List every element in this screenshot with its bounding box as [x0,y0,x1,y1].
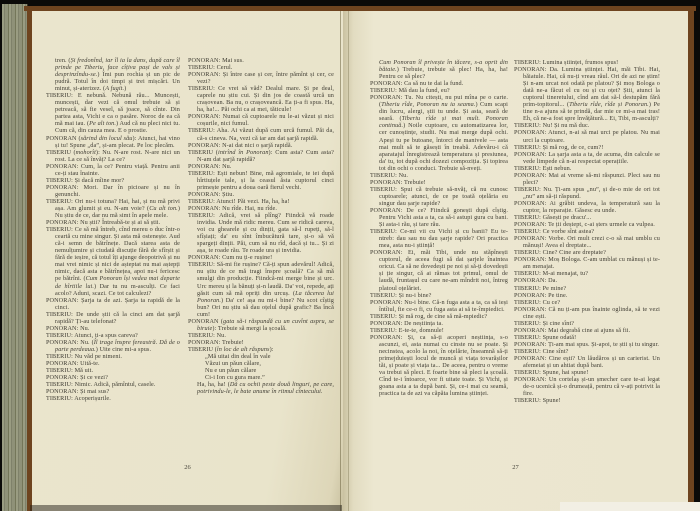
scanner-edge-strip [560,502,700,511]
left-page: tren. (Și fredonînd, iar îl ia la dans, … [32,11,343,511]
dialogue-paragraph: TIBERIU: Atunci, ți-a spus careva? [46,332,180,339]
dialogue-paragraph: TIBERIU: Aha. Ai văzut după cum urcă fum… [188,127,334,141]
dialogue-paragraph: TIBERIU: Pe mine? [514,285,660,292]
dialogue-paragraph: TIBERIU: Să-mi fie rușine? Că-ți spun ad… [188,261,334,317]
dialogue-paragraph: PONORAN: Trebuie! [188,339,334,346]
dialogue-paragraph: PONORAN: Mai sus. [188,57,334,64]
dialogue-paragraph: PONORAN: Nu rîde. Hai, nu rîde. [188,205,334,212]
text-column-27-right: TIBERIU: Lumina științei, frumos spus!PO… [514,59,660,404]
dialogue-paragraph: TIBERIU: Cu ce? [514,299,660,306]
dialogue-paragraph: PONORAN: De ce? Fiindcă gonești după cîș… [370,207,508,228]
dialogue-paragraph: TIBERIU: Ce vrei să văd? Dealul mare. Și… [188,85,334,113]
dialogue-paragraph: TIBERIU: Nu văd pe nimeni. [46,353,180,360]
dialogue-paragraph: PONORAN: Mori. Dar în picioare și nu în … [46,184,180,198]
dialogue-paragraph: TIBERIU: Atunci! Păi vezi. Ha, ha, ha! [188,198,334,205]
dialogue-paragraph: PONORAN: La șarja asta a ta, de acuma, d… [514,151,660,165]
dialogue-paragraph: PONORAN: Vorbe. Ori mult crezi c-o să ma… [514,235,660,249]
dialogue-paragraph: PONORAN: Un cortelaș și-un șmecher care … [514,376,660,397]
dialogue-paragraph: TIBERIU: Găsești pe dracu'... [514,214,660,221]
dialogue-paragraph: TIBERIU: M-ai menajat, tu? [514,270,660,277]
dialogue-paragraph: TIBERIU: Și cine sînt? [514,320,660,327]
dialogue-paragraph: TIBERIU: E-te-te, domnule! [370,327,508,334]
dialogue-paragraph: PONORAN: De neștiința ta. [370,320,508,327]
dialogue-paragraph: PONORAN: Mai ai vreme să-mi răspunzi. Pl… [514,172,660,186]
dialogue-paragraph: PONORAN: Nu știi? Întreabă-te și ai să ș… [46,219,180,226]
dialogue-paragraph: TIBERIU: Și nu-i bine? [370,292,508,299]
dialogue-paragraph: TIBERIU: Ești nebun! Bine, mă agromiale,… [188,170,334,191]
dialogue-paragraph: PONORAN: Nu. (Îl trage înspre fereastră.… [46,339,180,353]
dialogue-paragraph: TIBERIU: De unde știi că la cinci am dat… [46,311,180,325]
dialogue-paragraph: PONORAN: Numai că cuptoarele nu le-ai vă… [188,113,334,127]
dialogue-paragraph: TIBERIU: Spune odată! [514,334,660,341]
dialogue-paragraph: PONORAN: Tu. Nu citești, nu pui mîna pe … [370,94,508,172]
page-number-27: 27 [343,464,688,471]
dialogue-paragraph: PONORAN: Și ce vezi? [46,374,180,381]
dialogue-paragraph: PONORAN: Șarja ta de azi. Șarja ta rapid… [46,297,180,311]
dialogue-paragraph: PONORAN: Cum nu ți-e rușine! [188,254,334,261]
dialogue-paragraph: TIBERIU: Și mă rog, de ce, cum?! [514,144,660,151]
paragraph-continuation: Ha, ha, ha! (Dă cu ochii peste două ling… [188,381,334,395]
dialogue-paragraph: PONORAN: Știu. [188,191,334,198]
text-column-26-left: tren. (Și fredonînd, iar îl ia la dans, … [46,57,180,402]
dialogue-paragraph: PONORAN: Atunci, n-ai să mai urci pe pla… [514,129,660,143]
dialogue-paragraph: PONORAN: Da. [514,277,660,284]
dialogue-paragraph: PONORAN: Trebuie! [370,179,508,186]
verse-line: „Mă uitai din deal în vale [205,353,334,360]
dialogue-paragraph: PONORAN: Și între case și cer, între păm… [188,71,334,85]
text-column-26-right: PONORAN: Mai sus.TIBERIU: Cerul.PONORAN:… [188,57,334,395]
dialogue-paragraph: PONORAN: Că nu ți-am pus înainte oglinda… [514,306,660,320]
dialogue-paragraph: TIBERIU: Acoperișurile. [46,395,180,402]
dialogue-paragraph: TIBERIU: Cine? Cine are dreptate? [514,249,660,256]
verse-block: „Mă uitai din deal în valeVăzui un păun … [188,353,334,381]
dialogue-paragraph: TIBERIU: Nu. [188,332,334,339]
verse-line: Ci-i Ion cu gura mare.” [205,374,334,381]
dialogue-paragraph: TIBERIU (în loc de alt răspuns): [188,346,334,353]
page-edge-stack [2,4,28,511]
dialogue-paragraph: PONORAN: Cine ești? Un lăudăros și un ca… [514,355,660,369]
dialogue-paragraph: TIBERIU: Ce-mi vii cu Vichi și cu banii?… [370,228,508,249]
dialogue-paragraph: TIBERIU: E nebună. Nebună rău... Munceșt… [46,92,180,134]
dialogue-paragraph: PONORAN: Moș Bologa. C-am umblat cu mănu… [514,256,660,270]
right-page: Cum Ponoran îl privește în tăcere, s-a o… [343,11,688,511]
dialogue-paragraph: PONORAN (gata să-i răspundă cu un cuvînt… [188,318,334,332]
dialogue-paragraph: PONORAN: Uită-te. [46,360,180,367]
dialogue-paragraph: TIBERIU: Mă dau la fund, eu? [370,87,508,94]
dialogue-paragraph: TIBERIU: Nu. Ți-am spus „nu”, și de-o mi… [514,186,660,200]
page-number-26: 26 [32,464,343,471]
dialogue-paragraph: PONORAN: Mai degrabă cine ai ajuns să fi… [514,327,660,334]
dialogue-paragraph: TIBERIU (intrînd în Ponoran): Cum asta? … [188,149,334,163]
dialogue-paragraph: PONORAN: Și, ca să-ți acoperi neștiința,… [370,334,508,397]
dialogue-paragraph: PONORAN: Nu. [188,163,334,170]
page-bottom-shadow [30,505,342,511]
dialogue-paragraph: PONORAN: Ca să nu te dai la fund. [370,80,508,87]
book-scan: tren. (Și fredonînd, iar îl ia la dans, … [0,0,700,511]
dialogue-paragraph: PONORAN: Pe tine. [514,292,660,299]
paragraph-continuation: tren. (Și fredonînd, iar îl ia la dans, … [46,57,180,92]
dialogue-paragraph: PONORAN: Te ții deștept, c-ai șters urme… [514,221,660,228]
dialogue-paragraph: PONORAN: Și mai sus? [46,388,180,395]
dialogue-paragraph: TIBERIU: Ce să mă întreb, cînd mereu o d… [46,226,180,296]
dialogue-paragraph: PONORAN: Nu. [46,325,180,332]
dialogue-paragraph: PONORAN: Ți-am mai spus. Și-apoi, te ști… [514,341,660,348]
dialogue-paragraph: TIBERIU: Cine sînt? [514,348,660,355]
dialogue-paragraph: TIBERIU: Nu. [370,172,508,179]
dialogue-paragraph: TIBERIU: Adică, vrei să plîng? Fiindcă v… [188,212,334,254]
dialogue-paragraph: PONORAN: Nu-i bine. Că-n fuga asta a ta,… [370,299,508,313]
verse-line: Nu e un păun călare [205,367,334,374]
text-column-27-left: Cum Ponoran îl privește în tăcere, s-a o… [370,59,508,397]
dialogue-paragraph: TIBERIU (mohorît): Nu. N-are rost. N-are… [46,149,180,163]
dialogue-paragraph: TIBERIU: Nimic. Adică, pămîntul, casele. [46,381,180,388]
dialogue-paragraph: PONORAN: Cum, la ce? Pentru viață. Pentr… [46,163,180,177]
book-gutter-line [348,11,349,511]
dialogue-paragraph: TIBERIU: Și dacă mîine mor? [46,177,180,184]
dialogue-paragraph: PONORAN (sărind din locul său): Atunci, … [46,135,180,149]
dialogue-paragraph: TIBERIU: Ești nebun. [514,165,660,172]
dialogue-paragraph: TIBERIU: Ce vorbe sînt astea? [514,228,660,235]
dialogue-paragraph: TIBERIU: Ori nu-i totuna? Hai, hai, și n… [46,198,180,219]
dialogue-paragraph: PONORAN: Ei, măi Tibi, unde nu stăpîneșt… [370,249,508,291]
dialogue-paragraph: TIBERIU: Nu! Și nu mă duc. [514,122,660,129]
dialogue-paragraph: TIBERIU: Cerul. [188,64,334,71]
dialogue-paragraph: PONORAN: N-ai dat nici o șarjă rapidă. [188,142,334,149]
dialogue-paragraph: TIBERIU: Spune, hai spune! [514,369,660,376]
dialogue-paragraph: TIBERIU: Și mă rog, de cine să mă-mpiedi… [370,313,508,320]
verse-line: Văzui un păun călare, [205,360,334,367]
dialogue-paragraph: TIBERIU: Mă uit. [46,367,180,374]
book-gutter-shadow [340,11,341,511]
paragraph-continuation: Cum Ponoran îl privește în tăcere, s-a o… [370,59,508,80]
dialogue-paragraph: PONORAN: Ai grăbit undeva, la temperatur… [514,200,660,214]
dialogue-paragraph: TIBERIU: Spune! [514,397,660,404]
dialogue-paragraph: TIBERIU: Lumina științei, frumos spus! [514,59,660,66]
dialogue-paragraph: TIBERIU: Spui că trebuie să-nvăț, că nu … [370,186,508,207]
book-cover-edge-right [688,6,694,511]
dialogue-paragraph: PONORAN: Da. Lumina științei. Hai, măi T… [514,66,660,122]
